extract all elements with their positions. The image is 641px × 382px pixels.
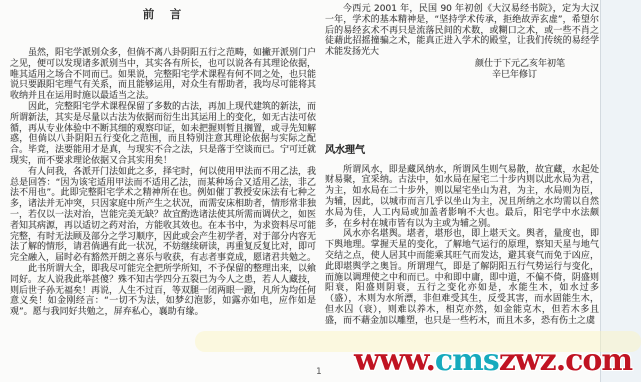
watermark-url: www.cmszwz.com xyxy=(354,343,641,379)
left-page-column: 前 言 虽然，阳宅学派别众多，但倘不离八卦阴阳五行之范畴，如撇开派别门户之见，便… xyxy=(10,6,316,318)
author-signature-line: 颜仕于下元乙亥年初笔 xyxy=(325,59,599,70)
scanned-book-page: 前 言 虽然，阳宅学派别众多，但倘不离八卦阴阳五行之范畴，如撇开派别门户之见，便… xyxy=(0,0,641,382)
revision-line: 辛巳年修订 xyxy=(325,70,599,81)
watermark-www: www. xyxy=(354,343,435,378)
page-number: 1 xyxy=(316,367,322,377)
right-opening-paragraph: 今西元 2001 年，民国 90 年初创《大汉易经书院》，定为大汉一年，学术的基… xyxy=(325,4,599,58)
page-edge-strip xyxy=(600,0,641,382)
watermark-zwz-com: zwz.com xyxy=(499,343,632,378)
right-paragraph-1: 所谓风水，即是藏风纳水，所谓风生则气易散，故宜藏，水起处财易聚，宜采纳。古法中，… xyxy=(325,165,599,230)
left-paragraph-2: 因此，完整阳宅学术课程保留了多数的古法，再加上现代建筑的新法，而所谓新法，其实是… xyxy=(10,102,316,167)
right-paragraph-2: 风水亦名堪舆。堪者，堪形也，即上堪天文。舆者，量度也，即下舆地理。掌握天星的变化… xyxy=(325,229,599,326)
preface-title: 前 言 xyxy=(10,6,316,22)
left-paragraph-1: 虽然，阳宅学派别众多，但倘不离八卦阴阳五行之范畴，如撇开派别门户之见，便可以发现… xyxy=(10,48,316,102)
watermark-cms: cms xyxy=(435,343,499,378)
left-paragraph-3: 有人问我，各派开门法如此之多，择宅时，何以使用甲法而不用乙法，我总是回答：“因为… xyxy=(10,167,316,264)
section-heading-fengshui-liqi: 风水理气 xyxy=(325,141,599,156)
left-paragraph-4: 此书所谓大全，即我尽可能完全把所学所知，不予保留的整理出来，以飨同好。友人说我此… xyxy=(10,264,316,318)
right-page-column: 今西元 2001 年，民国 90 年初创《大汉易经书院》，定为大汉一年，学术的基… xyxy=(325,4,599,327)
